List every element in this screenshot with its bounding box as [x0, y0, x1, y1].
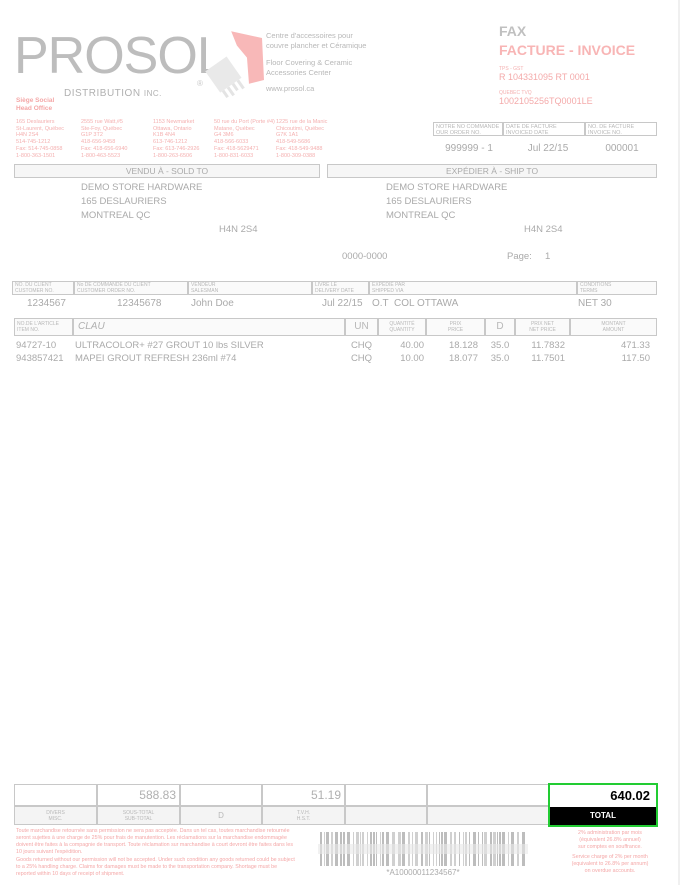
page-number: 1	[545, 250, 550, 264]
subtotal-value: 588.83	[97, 784, 180, 806]
gst-number: R 104331095 RT 0001	[499, 72, 590, 82]
hst-value: 51.19	[262, 784, 345, 806]
ship-to-phone: 0000-0000	[342, 250, 387, 264]
cell-price: 18.077	[426, 352, 478, 365]
head-office-en: Head Office	[16, 105, 54, 113]
return-policy-english: Goods returned without our permission wi…	[16, 857, 298, 878]
head-office-label: Siège Social Head Office	[16, 97, 54, 113]
cell-quantity: 10.00	[378, 352, 424, 365]
branch-address-line: St-Laurent, Québec	[16, 126, 64, 133]
misc-value	[14, 784, 97, 806]
sold-to-banner: VENDU À - SOLD TO	[14, 164, 320, 178]
service-charge-english: Service charge of 2% per month (equivale…	[555, 854, 665, 875]
branch-address-line: 1-800-363-1501	[16, 153, 64, 160]
cell-amount: 471.33	[570, 339, 650, 352]
summary-blank-label-2	[427, 806, 548, 825]
branch-address: 50 rue du Port (Porte #4)Matane, QuébecG…	[214, 119, 275, 159]
label-en: AMOUNT	[571, 328, 656, 334]
salesman-header: VENDEUR SALESMAN	[188, 281, 312, 295]
our-order-header: NOTRE NO COMMANDE OUR ORDER NO.	[433, 122, 503, 136]
label-en: NET PRICE	[516, 328, 569, 334]
quantity-header: QUANTITÉ QUANTITY	[378, 318, 426, 336]
item-no-header: NO.DE L'ARTICLE ITEM NO.	[14, 318, 73, 336]
branch-address-line: 1-800-309-0388	[276, 153, 327, 160]
terms-header: CONDITIONS TERMS	[577, 281, 657, 295]
summary-blank-1	[345, 784, 427, 806]
shipped-via-value: O.T COL OTTAWA	[372, 298, 458, 309]
address-line: DEMO STORE HARDWARE	[386, 181, 507, 195]
cell-quantity: 40.00	[378, 339, 424, 352]
branch-address-line: 418-656-9458	[81, 139, 127, 146]
address-line: MONTREAL QC	[81, 209, 202, 223]
label-en: OUR ORDER NO.	[436, 130, 500, 136]
branch-address: 165 DeslauriersSt-Laurent, QuébecH4N 2S4…	[16, 119, 64, 159]
sold-to-postal: H4N 2S4	[219, 223, 258, 237]
branch-address-line: Fax: 514-745-0858	[16, 146, 64, 153]
label-en: MISC.	[15, 816, 96, 822]
cell-description: MAPEI GROUT REFRESH 236ml #74	[75, 352, 345, 365]
label-en: SUB-TOTAL	[98, 816, 179, 822]
address-line: 165 DESLAURIERS	[386, 195, 507, 209]
tagline-en-line: Accessories Center	[266, 68, 352, 78]
branch-address-line: 50 rue du Port (Porte #4)	[214, 119, 275, 126]
branch-address-line: 1-800-831-6033	[214, 153, 275, 160]
invoice-date-value: Jul 22/15	[505, 143, 591, 154]
branch-address: 2555 rue Watt,#5Ste-Foy, QuébecG1P 3T241…	[81, 119, 127, 159]
label-en: SHIPPED VIA	[372, 289, 574, 295]
branch-address-line: 418-566-6033	[214, 139, 275, 146]
branch-address-line: Fax: 418-549-9488	[276, 146, 327, 153]
branch-address-line: Fax: 418-5629471	[214, 146, 275, 153]
service-line: on overdue accounts.	[555, 868, 665, 875]
hst-label: T.V.H. H.S.T.	[262, 806, 345, 825]
branch-address-line: 165 Deslauriers	[16, 119, 64, 126]
customer-order-value: 12345678	[117, 298, 162, 309]
d-value	[180, 784, 262, 806]
branch-address-line: H4N 2S4	[16, 132, 64, 139]
barcode-icon	[318, 832, 528, 868]
company-logo-subname: DISTRIBUTION INC.	[64, 88, 162, 99]
customer-no-value: 1234567	[27, 298, 66, 309]
branch-address-line: G7K 1A1	[276, 132, 327, 139]
cell-amount: 117.50	[570, 352, 650, 365]
label-en: QUANTITY	[379, 328, 425, 334]
cell-discount: 35.0	[485, 339, 515, 352]
service-line: (equivalent to 26.8% per annum)	[555, 861, 665, 868]
label-en: TERMS	[580, 289, 654, 295]
branch-address-line: G1P 3T2	[81, 132, 127, 139]
cell-description: ULTRACOLOR+ #27 GROUT 10 lbs SILVER	[75, 339, 345, 352]
label-en: H.S.T.	[263, 816, 344, 822]
company-website[interactable]: www.prosol.ca	[266, 84, 314, 94]
qst-number: 1002105256TQ0001LE	[499, 96, 593, 106]
amount-header: MONTANT AMOUNT	[570, 318, 657, 336]
subname-suffix: INC.	[144, 89, 162, 98]
invoice-no-header: NO. DE FACTURE INVOICE NO.	[585, 122, 657, 136]
subtotal-label: SOUS-TOTAL SUB-TOTAL	[97, 806, 180, 825]
tagline-en-line: Floor Covering & Ceramic	[266, 58, 352, 68]
branch-address-line: 613-746-1212	[153, 139, 199, 146]
cell-net-price: 11.7832	[515, 339, 565, 352]
delivery-date-value: Jul 22/15	[322, 298, 363, 309]
head-office-fr: Siège Social	[16, 97, 54, 105]
branch-address-line: 514-745-1212	[16, 139, 64, 146]
service-line: (équivalent 26.8% annuel)	[555, 837, 665, 844]
net-price-header: PRIX NET NET PRICE	[515, 318, 570, 336]
unit-header: UN	[345, 318, 378, 336]
label-en: PRICE	[427, 328, 484, 334]
description-header: CLAU	[73, 318, 345, 336]
tagline-fr-line: Centre d'accessoires pour	[266, 31, 366, 41]
branch-address-line: Fax: 613-746-2926	[153, 146, 199, 153]
our-order-value: 999999 - 1	[433, 143, 505, 154]
terms-value: NET 30	[578, 298, 612, 309]
branch-address-line: Fax: 418-656-6940	[81, 146, 127, 153]
cell-discount: 35.0	[485, 352, 515, 365]
sold-to-address: DEMO STORE HARDWARE 165 DESLAURIERS MONT…	[81, 181, 202, 223]
branch-address-line: Matane, Québec	[214, 126, 275, 133]
customer-no-header: NO. DU CLIENT CUSTOMER NO.	[12, 281, 74, 295]
branch-address-line: 418-549-5686	[276, 139, 327, 146]
misc-label: DIVERS MISC.	[14, 806, 97, 825]
service-line: Service charge of 2% per month	[555, 854, 665, 861]
address-line: DEMO STORE HARDWARE	[81, 181, 202, 195]
document-title: FACTURE - INVOICE	[499, 42, 635, 58]
tile-logo-icon	[196, 28, 266, 98]
fax-label: FAX	[499, 23, 526, 39]
customer-order-header: No DE COMMANDE DU CLIENT CUSTOMER ORDER …	[74, 281, 188, 295]
subname-text: DISTRIBUTION	[64, 88, 141, 99]
price-header: PRIX PRICE	[426, 318, 485, 336]
label-en: INVOICED DATE	[506, 130, 582, 136]
tagline-fr-line: couvre plancher et Céramique	[266, 41, 366, 51]
address-line: MONTREAL QC	[386, 209, 507, 223]
discount-header: D	[485, 318, 515, 336]
branch-address-line: 1-800-463-5523	[81, 153, 127, 160]
shipped-via-header: EXPÉDIÉ PAR SHIPPED VIA	[369, 281, 577, 295]
cell-item-no: 94727-10	[16, 339, 74, 352]
branch-address-line: Ottawa, Ontario	[153, 126, 199, 133]
cell-unit: CHQ	[345, 352, 378, 365]
address-line: 165 DESLAURIERS	[81, 195, 202, 209]
summary-blank-label-1	[345, 806, 427, 825]
service-charge-french: 2% administration par mois (équivalent 2…	[555, 830, 665, 851]
delivery-date-header: LIVRÉ LE DELIVERY DATE	[312, 281, 369, 295]
total-label: TOTAL	[550, 807, 656, 825]
label-en: CUSTOMER ORDER NO.	[77, 289, 185, 295]
cell-net-price: 11.7501	[515, 352, 565, 365]
branch-address: 1153 NewmarketOttawa, OntarioK1B 4N4613-…	[153, 119, 199, 159]
branch-address-line: 1153 Newmarket	[153, 119, 199, 126]
branch-address-line: Ste-Foy, Québec	[81, 126, 127, 133]
salesman-value: John Doe	[191, 298, 234, 309]
branch-address-line: 2555 rue Watt,#5	[81, 119, 127, 126]
ship-to-postal: H4N 2S4	[524, 223, 563, 237]
branch-address-line: 1-800-263-6506	[153, 153, 199, 160]
label-en: DELIVERY DATE	[315, 289, 366, 295]
label-en: ITEM NO.	[17, 328, 72, 334]
ship-to-banner: EXPÉDIER À - SHIP TO	[327, 164, 657, 178]
label-en: INVOICE NO.	[588, 130, 654, 136]
label-en: CUSTOMER NO.	[15, 289, 71, 295]
return-policy-french: Toute marchandise retournée sans permiss…	[16, 828, 298, 856]
invoice-date-header: DATE DE FACTURE INVOICED DATE	[503, 122, 585, 136]
branch-address-line: 1225 rue de la Manic	[276, 119, 327, 126]
total-value: 640.02	[550, 785, 656, 807]
cell-price: 18.128	[426, 339, 478, 352]
branch-address-line: K1B 4N4	[153, 132, 199, 139]
summary-blank-2	[427, 784, 548, 806]
total-box: 640.02 TOTAL	[548, 783, 658, 827]
d-label: D	[180, 806, 262, 825]
branch-address: 1225 rue de la ManicChicoutimi, QuébecG7…	[276, 119, 327, 159]
tagline-english: Floor Covering & Ceramic Accessories Cen…	[266, 58, 352, 78]
ship-to-address: DEMO STORE HARDWARE 165 DESLAURIERS MONT…	[386, 181, 507, 223]
service-line: sur comptes en souffrance.	[555, 844, 665, 851]
page-label: Page:	[507, 250, 532, 264]
cell-item-no: 943857421	[16, 352, 74, 365]
cell-unit: CHQ	[345, 339, 378, 352]
invoice-no-value: 000001	[585, 143, 659, 154]
branch-address-line: G4 3M6	[214, 132, 275, 139]
company-logo-wordmark: PROSOL	[14, 30, 225, 82]
service-line: 2% administration par mois	[555, 830, 665, 837]
label-en: SALESMAN	[191, 289, 309, 295]
barcode-text: *A10000011234567*	[318, 868, 528, 877]
branch-address-line: Chicoutimi, Québec	[276, 126, 327, 133]
tagline-french: Centre d'accessoires pour couvre planche…	[266, 31, 366, 51]
